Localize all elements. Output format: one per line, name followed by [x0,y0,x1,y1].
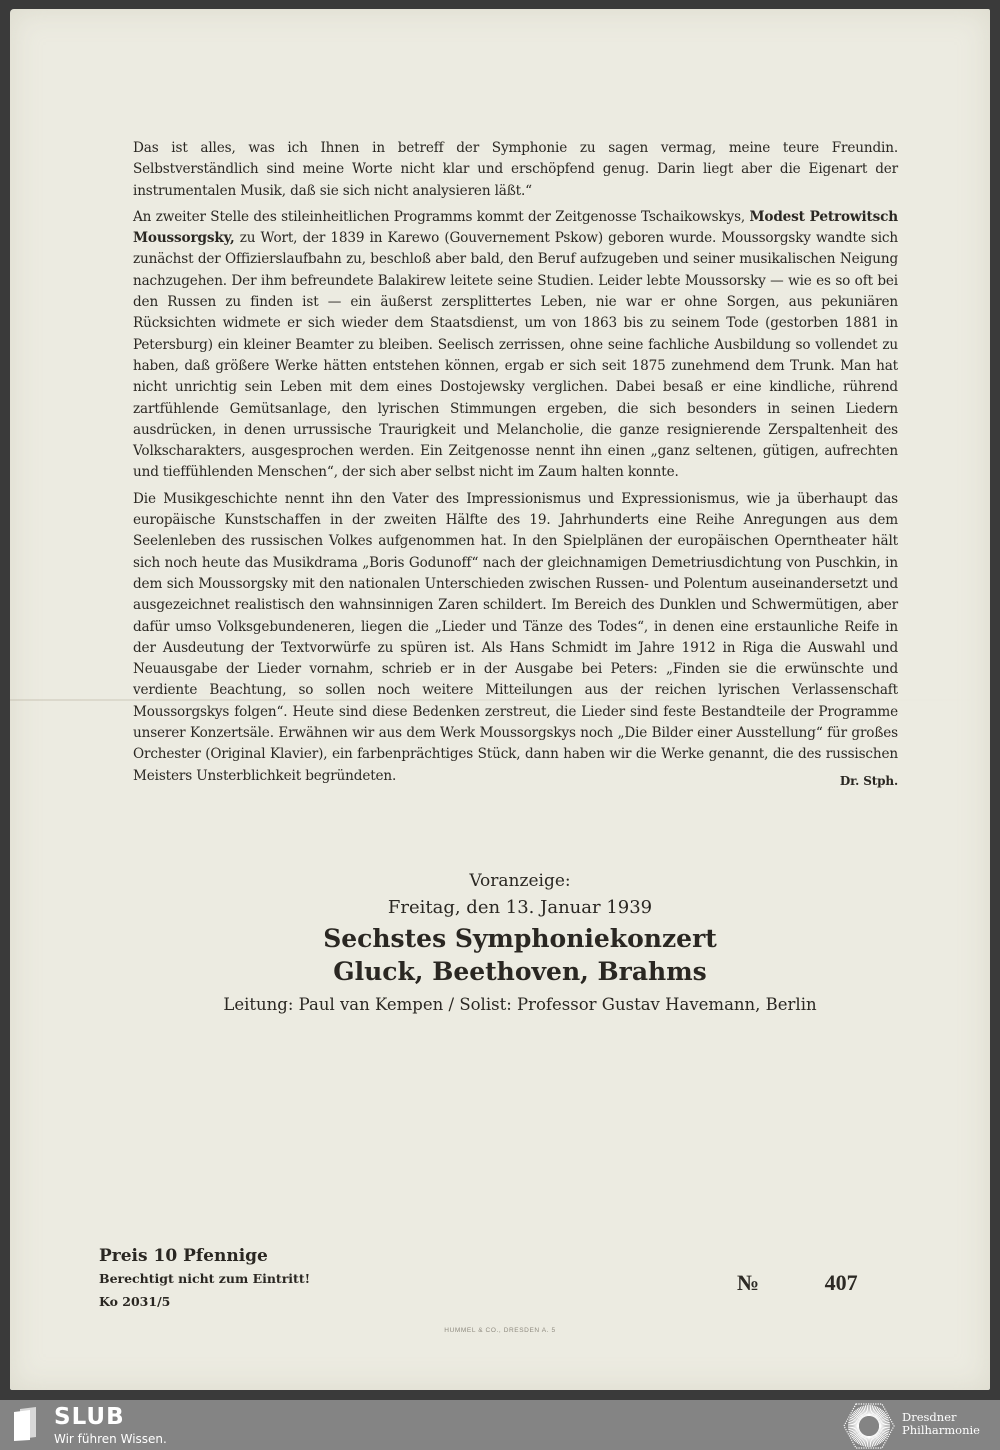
philharmonie-line2: Philharmonie [902,1424,980,1437]
article-text: Das ist alles, was ich Ihnen in betreff … [133,138,898,792]
slub-tagline: Wir führen Wissen. [54,1432,167,1446]
announcement-heading: Voranzeige: [180,868,860,894]
philharmonie-brand[interactable]: Dresdner Philharmonie [902,1411,980,1437]
paragraph-1: Das ist alles, was ich Ihnen in betreff … [133,138,898,202]
concert-conductor-soloist: Leitung: Paul van Kempen / Solist: Profe… [180,990,860,1020]
printer-imprint: HUMMEL & CO., DRESDEN A. 5 [0,1327,1000,1334]
book-pages-icon [14,1407,38,1441]
price-label: Preis 10 Pfennige [99,1245,310,1267]
concert-composers: Gluck, Beethoven, Brahms [180,955,860,988]
sunburst-ring-icon[interactable] [843,1403,895,1449]
paragraph-2-body: zu Wort, der 1839 in Karewo (Gouvernemen… [133,230,898,480]
concert-announcement: Voranzeige: Freitag, den 13. Januar 1939… [180,868,860,1020]
slub-brand[interactable]: SLUB [54,1404,125,1430]
concert-title: Sechstes Symphoniekonzert [180,922,860,955]
price-block: Preis 10 Pfennige Berechtigt nicht zum E… [99,1245,310,1313]
entry-disclaimer: Berechtigt nicht zum Eintritt! [99,1267,310,1290]
serial-number-block: № 407 [737,1270,858,1296]
serial-number: 407 [825,1270,858,1295]
paragraph-2: An zweiter Stelle des stileinheitlichen … [133,207,898,484]
numero-sign: № [737,1270,759,1295]
print-code: Ko 2031/5 [99,1290,310,1313]
paragraph-2-intro: An zweiter Stelle des stileinheitlichen … [133,209,750,225]
concert-date: Freitag, den 13. Januar 1939 [180,894,860,922]
footer-bar: SLUB Wir führen Wissen. Dresdner Philhar… [0,1400,1000,1450]
paragraph-3: Die Musikgeschichte nennt ihn den Vater … [133,489,898,787]
